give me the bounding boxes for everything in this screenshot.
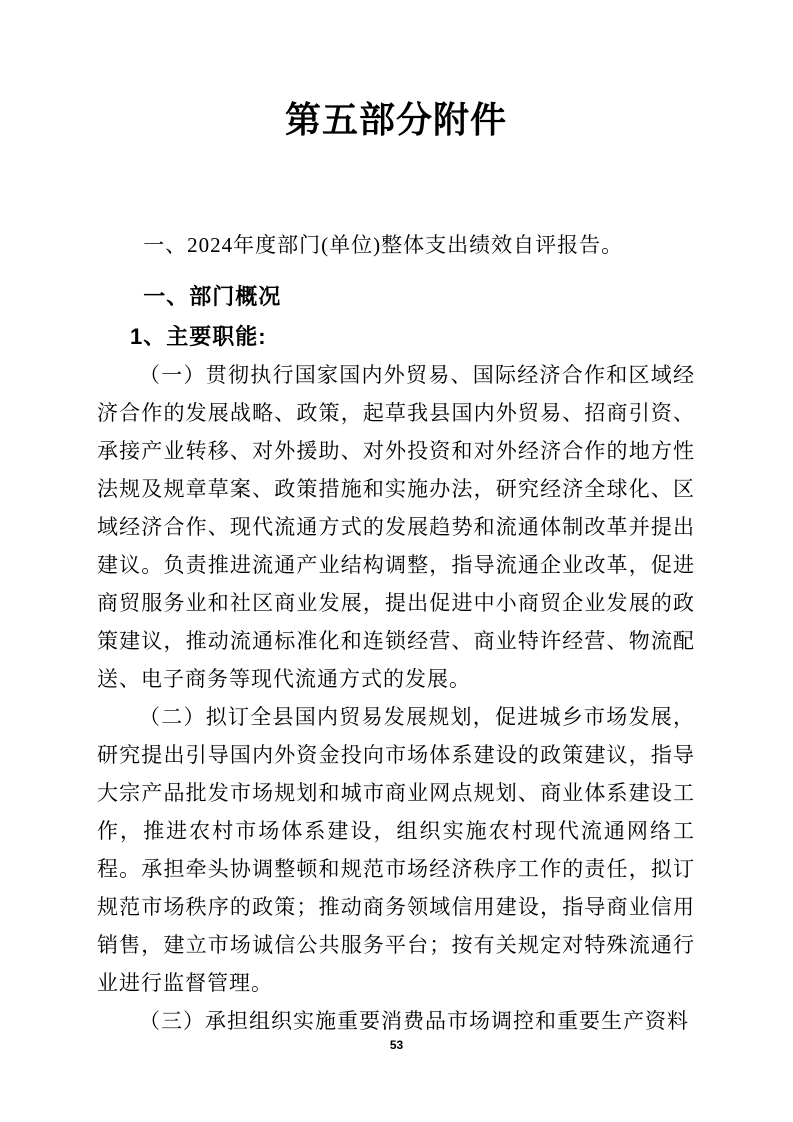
- paragraph-main-duty-1: （一）贯彻执行国家国内外贸易、国际经济合作和区域经济合作的发展战略、政策，起草我…: [97, 356, 695, 698]
- document-page: 第五部分附件 一、2024年度部门(单位)整体支出绩效自评报告。 一、部门概况 …: [0, 0, 793, 1122]
- page-title: 第五部分附件: [97, 0, 695, 142]
- paragraph-main-duty-2: （二）拟订全县国内贸易发展规划，促进城乡市场发展，研究提出引导国内外资金投向市场…: [97, 698, 695, 1002]
- page-number: 53: [0, 1037, 793, 1053]
- paragraph-main-duty-3: （三）承担组织实施重要消费品市场调控和重要生产资料: [97, 1002, 695, 1040]
- subsection-heading: 1、主要职能:: [97, 318, 695, 356]
- intro-line: 一、2024年度部门(单位)整体支出绩效自评报告。: [97, 226, 695, 264]
- section-heading: 一、部门概况: [97, 278, 695, 316]
